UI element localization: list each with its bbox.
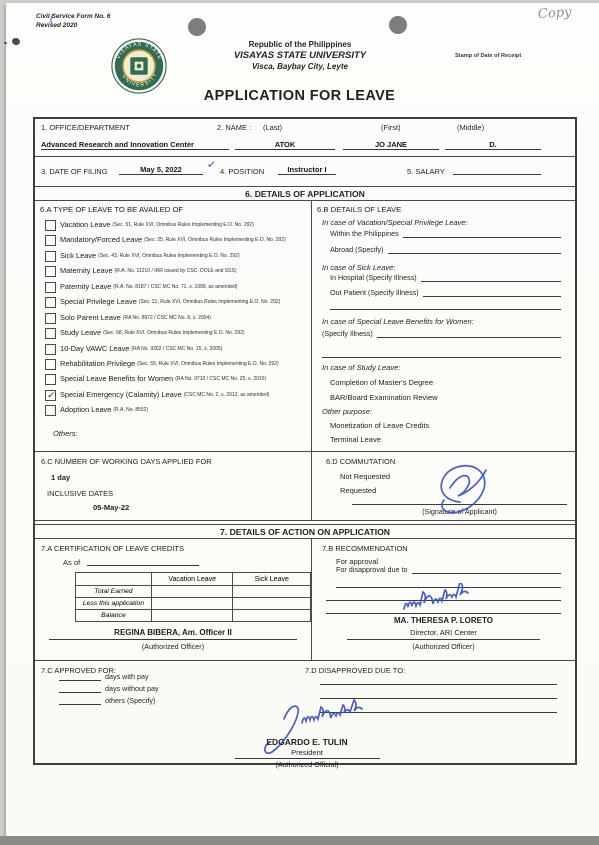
credits-col-vacation: Vacation Leave [151,573,233,586]
vacation-heading: In case of Vacation/Special Privilege Le… [322,218,468,227]
section7d-title: 7.D DISAPPROVED DUE TO: [305,666,405,675]
ink-speck [4,42,7,44]
row-less-application: Less this application [76,598,152,610]
checkbox [45,405,56,416]
working-days-value: 1 day [51,473,70,482]
leave-type-row: Adoption Leave(R.A. No. 8552) [43,405,311,420]
credits-col-sick: Sick Leave [233,573,311,586]
credits-col-blank [76,573,152,586]
office-value: Advanced Research and Innovation Center [41,140,229,150]
section6d-title: 6.D COMMUTATION [326,457,395,466]
section7a-title: 7.A CERTIFICATION OF LEAVE CREDITS [41,544,184,553]
row-total-earned: Total Earned [76,586,152,598]
leave-type-row: Special Privilege Leave(Sec. 21, Rule XV… [43,297,311,312]
scan-bottom-edge [0,836,599,845]
republic-line: Republic of the Philippines [150,40,450,49]
for-disapproval-option: For disapproval due to [336,565,408,574]
credit-cell [233,586,311,598]
blank-line [421,273,561,282]
leave-type-row: Rehabilitation Privilege(Sec. 55, Rule X… [43,359,311,374]
recommender-signature-line [347,639,540,640]
leave-type-row: Maternity Leave(R.A. No. 11210 / IRR iss… [43,266,311,281]
leave-type-row: Vacation Leave(Sec. 51, Rule XVI, Omnibu… [43,220,311,235]
punch-hole [389,16,407,34]
section7a: 7.A CERTIFICATION OF LEAVE CREDITS As of… [35,539,312,660]
salary-blank-line [453,174,541,175]
section6d: 6.D COMMUTATION Not Requested Requested … [312,452,575,520]
section6-ab: 6.A TYPE OF LEAVE TO BE AVAILED OF Vacat… [35,201,575,452]
name-label: 2. NAME : [217,123,251,132]
copy-handwritten-note: Copy [538,5,572,22]
leave-type-row: Study Leave(Sec. 68, Rule XVI, Omnibus R… [43,328,311,343]
row-office-name: 1. OFFICE/DEPARTMENT 2. NAME : (Last) (F… [35,119,575,157]
checkbox [45,328,56,339]
authorized-officer-caption: (Authorized Officer) [322,642,565,651]
checkbox [45,313,56,324]
leave-type-row-checked: ✓Special Emergency (Calamity) Leave(CSC … [43,390,311,405]
credit-cell [151,598,233,610]
leave-type-row: Sick Leave(Sec. 43, Rule XVI, Omnibus Ru… [43,251,311,266]
blue-checkmark: ✓ [206,157,217,171]
official-name: EDGARDO E. TULIN [187,737,427,747]
university-name: VISAYAS STATE UNIVERSITY [150,50,450,61]
credit-cell [233,598,311,610]
authorized-officer-caption: (Authorized Officer) [50,642,296,651]
blank-line [388,245,561,254]
as-of-label: As of [63,558,80,567]
pen-mark [46,13,58,25]
date-of-filing-label: 3. DATE OF FILING [41,167,108,176]
leave-credits-table: Vacation Leave Sick Leave Total Earned L… [75,572,311,622]
checkbox [45,251,56,262]
position-label: 4. POSITION [220,167,264,176]
not-requested-option: Not Requested [340,472,390,481]
name-middle-value: D. [445,140,541,150]
bar-review-option: BAR/Board Examination Review [330,393,438,402]
leave-type-row: Paternity Leave(R.A. No. 8187 / CSC MC N… [43,282,311,297]
checkbox [45,282,56,293]
specify-illness-line: (Specify Illness) [322,329,373,338]
section6c: 6.C NUMBER OF WORKING DAYS APPLIED FOR 1… [35,452,312,520]
applicant-signature [424,456,506,520]
blank-line [330,301,561,310]
days-with-pay-option: days with pay [105,672,149,681]
office-label: 1. OFFICE/DEPARTMENT [41,123,130,132]
checkbox [45,359,56,370]
row-balance: Balance [76,610,152,622]
section6-header: 6. DETAILS OF APPLICATION [35,187,575,201]
leave-type-row: Special Leave Benefits for Women(RA No. … [43,374,311,389]
section7b: 7.B RECOMMENDATION For approval For disa… [312,539,575,660]
checkbox [45,374,56,385]
section6c-title: 6.C NUMBER OF WORKING DAYS APPLIED FOR [41,457,212,466]
requested-option: Requested [340,486,376,495]
name-last-value: ATOK [235,140,335,150]
credit-cell [233,610,311,622]
blank-line [59,680,101,681]
section7-cd: 7.C APPROVED FOR: days with pay days wit… [35,661,575,767]
out-patient-line: Out Patient (Specify Illness) [330,288,419,297]
punch-hole [188,18,206,36]
leave-type-row: Solo Parent Leave(RA No. 8972 / CSC MC N… [43,313,311,328]
name-first-value: JO JANE [343,140,439,150]
women-heading: In case of Special Leave Benefits for Wo… [322,317,474,326]
position-value: Instructor I [278,165,336,175]
inclusive-dates-value: 05-May-22 [93,503,129,512]
checkbox-checked: ✓ [45,390,56,401]
blank-line [423,288,561,297]
name-last-label: (Last) [263,123,282,132]
authorized-official-caption: (Authorized Official) [187,760,427,769]
section7-ab: 7.A CERTIFICATION OF LEAVE CREDITS As of… [35,539,575,661]
blank-line [377,329,561,338]
university-address: Visca, Baybay City, Leyte [150,62,450,71]
blank-line [403,229,561,238]
blank-line [59,704,101,705]
masters-degree-option: Completion of Master's Degree [330,378,433,387]
scanned-leave-form: Civil Service Form No. 6 Revised 2020 VI… [0,0,599,845]
form-body: 1. OFFICE/DEPARTMENT 2. NAME : (Last) (F… [33,117,577,765]
others-label: Others: [53,429,311,438]
section6-cd: 6.C NUMBER OF WORKING DAYS APPLIED FOR 1… [35,452,575,521]
credit-cell [151,610,233,622]
officer-signature-line [49,639,297,640]
terminal-leave-option: Terminal Leave [330,435,381,444]
recommender-name: MA. THERESA P. LORETO [322,616,565,625]
checkbox [45,266,56,277]
credits-officer-name: REGINA BIBERA, Am. Officer II [50,628,296,637]
blank-line [320,684,557,685]
study-heading: In case of Study Leave: [322,363,400,372]
section6b-title: 6.B DETAILS OF LEAVE [317,205,401,214]
in-hospital-line: In Hospital (Specify Illness) [330,273,417,282]
recommender-title: Director, ARI Center [322,628,565,637]
date-of-filing-value: May 5, 2022 [119,165,203,175]
blank-line [59,692,101,693]
other-purpose-heading: Other purpose: [322,407,372,416]
stamp-of-receipt-label: Stamp of Date of Receipt [455,53,521,59]
sick-heading: In case of Sick Leave: [322,263,395,272]
others-specify-option: others (Specify) [105,696,155,705]
leave-type-row: Mandatory/Forced Leave(Sec. 25, Rule XVI… [43,235,311,250]
checkbox [45,235,56,246]
leave-type-row: 10-Day VAWC Leave(RA No. 9262 / CSC MC N… [43,344,311,359]
abroad-line: Abroad (Specify) [330,245,384,254]
official-title: President [187,748,427,757]
credit-cell [151,586,233,598]
section6b: 6.B DETAILS OF LEAVE In case of Vacation… [312,201,575,451]
checkbox [45,220,56,231]
checkbox [45,344,56,355]
section6a: 6.A TYPE OF LEAVE TO BE AVAILED OF Vacat… [35,201,312,451]
section6a-title: 6.A TYPE OF LEAVE TO BE AVAILED OF [40,205,311,214]
recommender-signature [400,583,496,617]
checkbox [45,297,56,308]
salary-label: 5. SALARY [407,167,445,176]
blank-line [412,565,561,574]
within-philippines-line: Within the Philippines [330,229,399,238]
name-first-label: (First) [381,123,401,132]
section7-header: 7. DETAILS OF ACTION ON APPLICATION [35,524,575,539]
inclusive-dates-label: INCLUSIVE DATES [47,489,113,498]
as-of-blank-line [87,565,199,566]
days-without-pay-option: days without pay [105,684,159,693]
form-title: APPLICATION FOR LEAVE [0,88,599,104]
name-middle-label: (Middle) [457,123,484,132]
blank-line [322,349,561,358]
letterhead: Republic of the Philippines VISAYAS STAT… [150,40,450,71]
section7b-title: 7.B RECOMMENDATION [322,544,408,553]
leave-type-list: Vacation Leave(Sec. 51, Rule XVI, Omnibu… [43,220,311,421]
monetization-option: Monetization of Leave Credits [330,421,429,430]
row-date-position-salary: 3. DATE OF FILING May 5, 2022 ✓ 4. POSIT… [35,157,575,187]
